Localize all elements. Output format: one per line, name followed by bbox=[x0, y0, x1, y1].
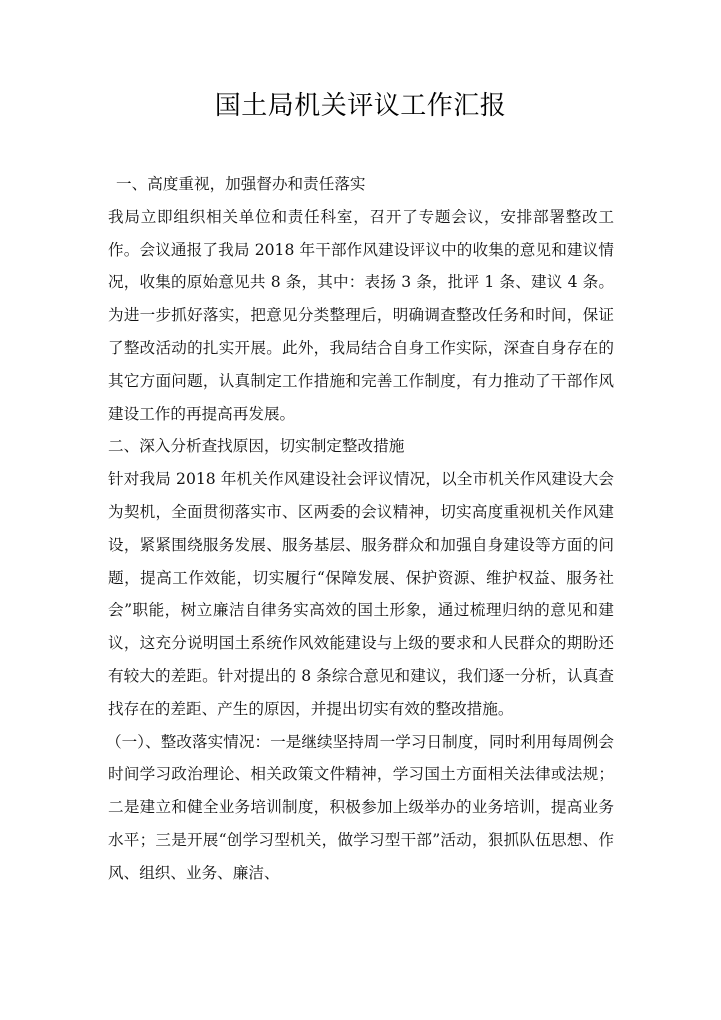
section-1-paragraph-1: 我局立即组织相关单位和责任科室，召开了专题会议，安排部署整改工作。会议通报了我局… bbox=[108, 201, 614, 431]
section-heading-2: 二、深入分析查找原因，切实制定整改措施 bbox=[108, 430, 614, 463]
section-heading-1: 一、高度重视，加强督办和责任落实 bbox=[108, 168, 614, 201]
document-title: 国土局机关评议工作汇报 bbox=[0, 88, 721, 124]
section-2-paragraph-2: （一）、整改落实情况：一是继续坚持周一学习日制度，同时利用每周例会时间学习政治理… bbox=[108, 726, 614, 890]
document-body: 一、高度重视，加强督办和责任落实 我局立即组织相关单位和责任科室，召开了专题会议… bbox=[108, 168, 614, 890]
document-page: 国土局机关评议工作汇报 一、高度重视，加强督办和责任落实 我局立即组织相关单位和… bbox=[0, 0, 721, 1020]
section-2-paragraph-1: 针对我局 2018 年机关作风建设社会评议情况，以全市机关作风建设大会为契机，全… bbox=[108, 463, 614, 725]
